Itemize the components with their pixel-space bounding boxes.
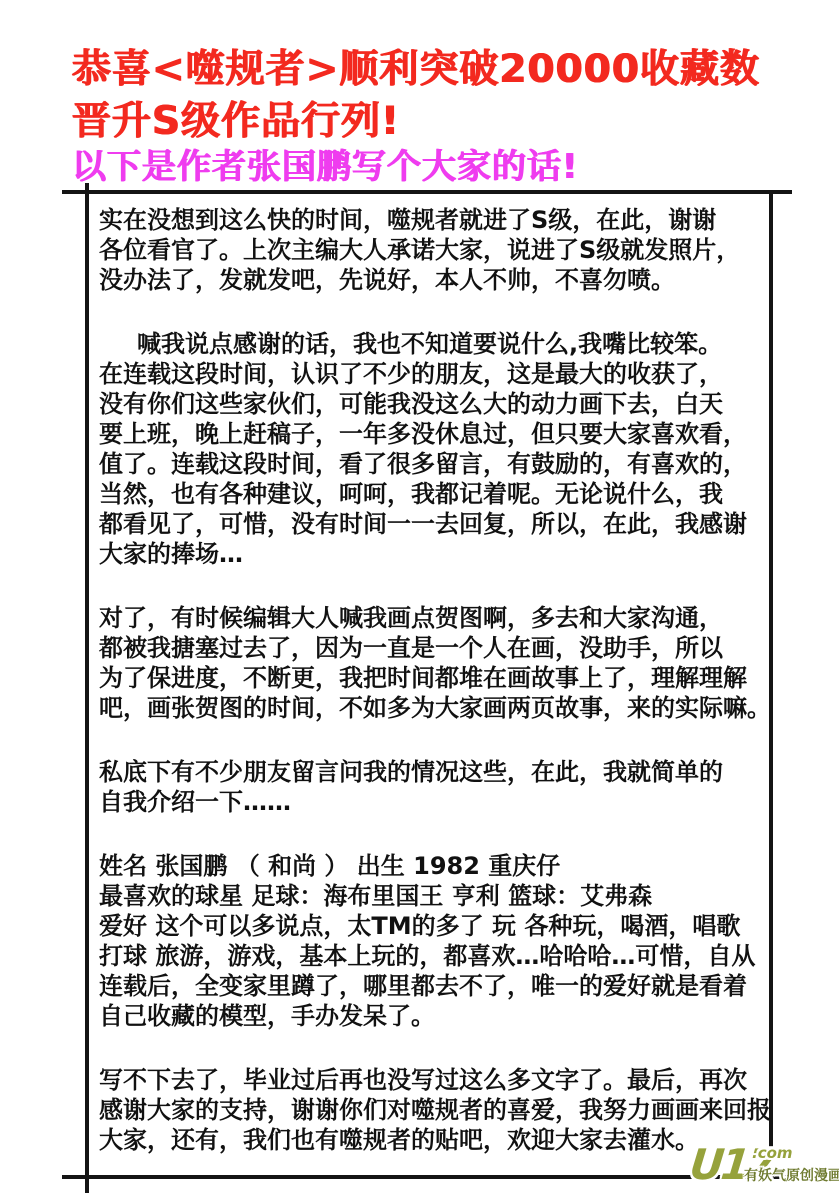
letter-paragraph-2: 喊我说点感谢的话，我也不知道要说什么,我嘴比较笨。 在连载这段时间，认识了不少的… [99,329,779,569]
letter-paragraph-5: 姓名 张国鹏 （ 和尚 ） 出生 1982 重庆仔 最喜欢的球星 足球：海布里国… [99,851,779,1031]
u17-tagline-text: 有妖气原创漫画 [744,1168,839,1184]
author-letter: 实在没想到这么快的时间，噬规者就进了S级，在此，谢谢 各位看官了。上次主编大人承… [99,205,779,1189]
announcement-page: { "header": { "title_line1": "恭喜<噬规者>顺利突… [0,0,839,1193]
announcement-title-line1: 恭喜<噬规者>顺利突破20000收藏数 [72,46,760,94]
u17-logo: U17 .com 有妖气原创漫画 [688,1142,839,1193]
letter-box-top-border [62,190,792,194]
letter-paragraph-3: 对了，有时候编辑大人喊我画点贺图啊，多去和大家沟通， 都被我搪塞过去了，因为一直… [99,603,779,723]
letter-box-left-border [85,183,89,1193]
letter-paragraph-1: 实在没想到这么快的时间，噬规者就进了S级，在此，谢谢 各位看官了。上次主编大人承… [99,205,779,295]
announcement-title-line2: 晋升S级作品行列! [72,98,400,146]
letter-paragraph-6: 写不下去了，毕业过后再也没写过这么多文字了。最后，再次 感谢大家的支持，谢谢你们… [99,1065,779,1155]
announcement-subtitle: 以下是作者张国鹏写个大家的话! [72,146,579,188]
letter-paragraph-4: 私底下有不少朋友留言问我的情况这些，在此，我就简单的 自我介绍一下…… [99,757,779,817]
u17-domain-text: .com [752,1146,793,1161]
